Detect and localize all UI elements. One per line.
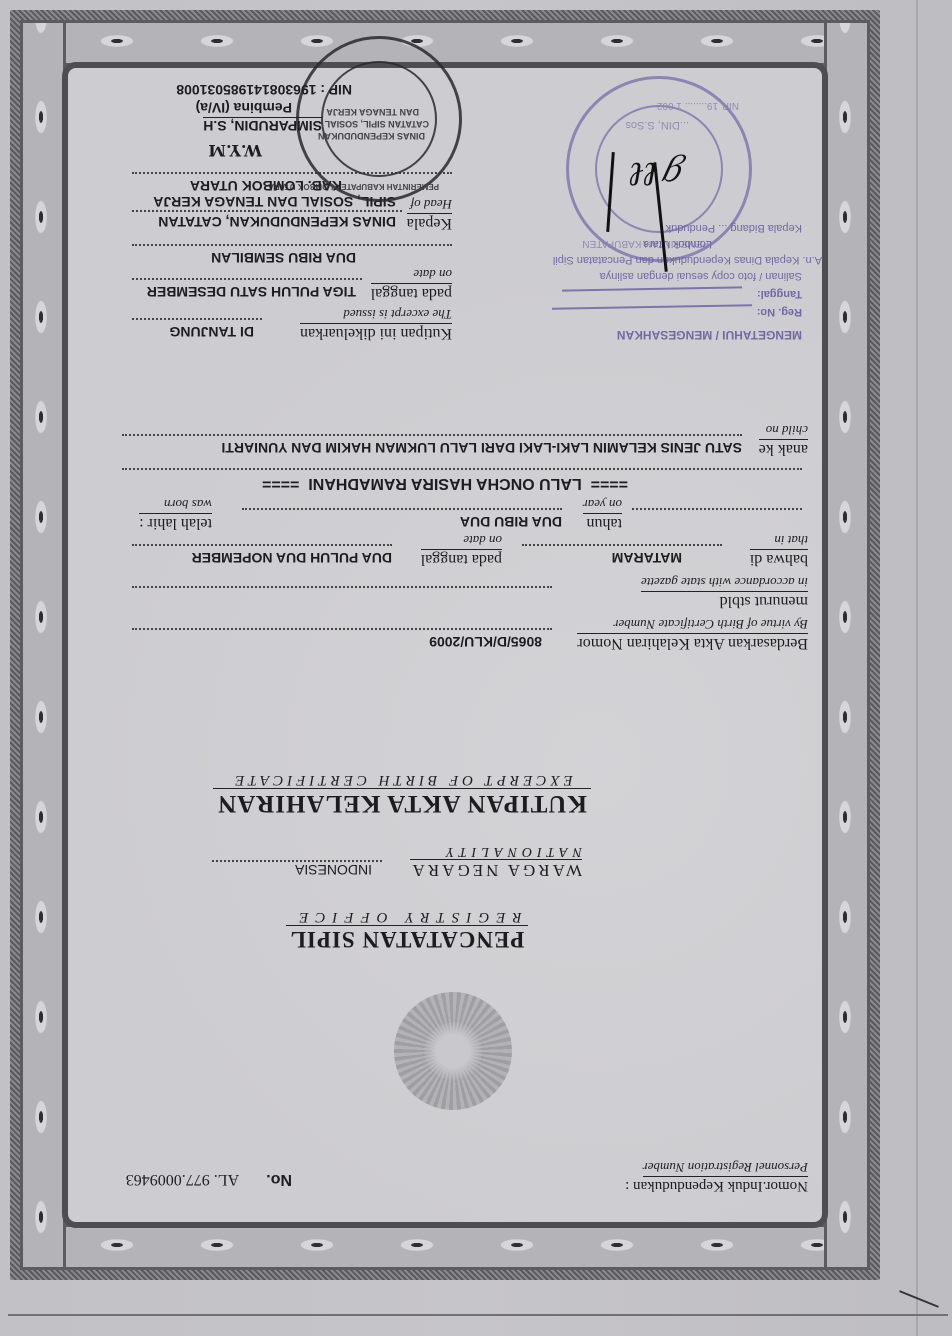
- title-id: KUTIPAN AKTA KELAHIRAN: [213, 788, 591, 817]
- border-band-top: [20, 1224, 870, 1270]
- label-id: pada tanggal: [371, 285, 452, 302]
- dotted-line: [132, 318, 262, 320]
- head-of-label: Kepala Head of: [407, 195, 452, 232]
- birth-year-label: tahun on year: [583, 495, 622, 532]
- label-id: tahun: [586, 515, 622, 532]
- dotted-line: [122, 434, 742, 436]
- label-en: on date: [421, 531, 502, 550]
- dotted-line: [132, 210, 402, 212]
- embossed-seal: [394, 992, 512, 1110]
- issued-date-value-1: TIGA PULUH SATU DESEMBER: [147, 284, 356, 300]
- label-en: that in: [750, 531, 808, 550]
- stamp-line-2: CATATAN SIPIL, SOSIAL: [325, 119, 429, 129]
- stamp-line-1: DINAS KEPENDUDUKAN: [318, 131, 425, 141]
- label-id: Kutipan ini dikeluarkan: [300, 325, 452, 342]
- certificate-content: Nomor.Induk Kependudukan : Personnel Reg…: [68, 68, 822, 1222]
- no-label: No.: [266, 1171, 292, 1188]
- birth-place-label: bahwa di that in: [750, 531, 808, 568]
- label-id: pada tanggal: [421, 551, 502, 568]
- registration-number: No. AL. 977.0009463: [126, 1170, 292, 1188]
- separator: :: [625, 1178, 629, 1194]
- dotted-line: [212, 860, 382, 862]
- label-id: bahwa di: [750, 551, 808, 568]
- nationality-row: WARGA NEGARA NATIONALITY INDONESIA: [410, 843, 582, 880]
- nationality-value: INDONESIA: [295, 862, 372, 878]
- label-en: on year: [583, 495, 622, 514]
- paper-fold-line: [916, 0, 918, 1336]
- legalization-signer: ...DIN, S.Sos: [625, 119, 689, 131]
- stamp-outer-text: PEMERINTAH KABUPATEN LOMBOK UTARA: [268, 182, 439, 191]
- issued-place-label: Kutipan ini dikeluarkan The excerpt is i…: [300, 305, 452, 342]
- label-id: Berdasarkan Akta Kelahiran Nomor: [577, 635, 808, 652]
- document-title: KUTIPAN AKTA KELAHIRAN EXCERPT OF BIRTH …: [172, 771, 632, 817]
- legalization-reg-line: [552, 304, 752, 309]
- separator: :: [139, 515, 143, 532]
- paper-edge-line: [8, 1314, 948, 1316]
- office-line-1: DINAS KEPENDUDUKAN, CATATAN: [158, 214, 396, 230]
- birth-certificate: Nomor.Induk Kependudukan : Personnel Reg…: [10, 10, 880, 1280]
- label-id: Kepala: [407, 215, 452, 232]
- birth-date-label: pada tanggal on date: [421, 531, 502, 568]
- dotted-line: [122, 468, 802, 470]
- certificate-number-label: Berdasarkan Akta Kelahiran Nomor By virt…: [577, 615, 808, 652]
- child-order-value: SATU JENIS KELAMIN LAKI-LAKI DARI LALU L…: [221, 440, 742, 456]
- dotted-line: [132, 586, 552, 588]
- dotted-line: [132, 628, 552, 630]
- handwritten-signature: ℊℓℓ: [630, 153, 692, 202]
- signatory-name: SIMPARUDIN, S.H: [203, 117, 322, 134]
- office-subtitle: REGISTRY OFFICE: [192, 908, 622, 925]
- child-name: LALU ONCHA HASIRA RAMADHANI: [308, 475, 581, 492]
- registration-label: Nomor.Induk Kependudukan : Personnel Reg…: [625, 1158, 808, 1194]
- dotted-line: [522, 544, 722, 546]
- child-name-row: ==== LALU ONCHA HASIRA RAMADHANI ====: [68, 474, 822, 492]
- certificate-number-value: 8065/D/KLU/2009: [429, 634, 542, 650]
- border-band-right: [20, 20, 66, 1270]
- label-en: The excerpt is issued: [300, 305, 452, 324]
- legalization-reg-no: Reg. No:: [757, 306, 802, 318]
- label-en: Head of: [407, 195, 452, 214]
- issued-date-value-2: DUA RIBU SEMBILAN: [211, 250, 356, 266]
- title-en: EXCERPT OF BIRTH CERTIFICATE: [172, 771, 632, 788]
- legalization-nip: NIP. 19........ 1 002: [657, 100, 739, 111]
- label-id: anak ke: [759, 441, 808, 458]
- label-en: child no: [759, 421, 808, 440]
- legalization-date-line: [562, 286, 742, 291]
- label-en: in accordance with state gazette: [641, 573, 808, 592]
- label-en: was born: [139, 495, 212, 514]
- label-id: menurut stbld: [720, 593, 808, 610]
- legalization-date: Tanggal:: [757, 288, 802, 300]
- registration-number-value: AL. 977.0009463: [126, 1171, 239, 1188]
- border-band-left: [824, 20, 870, 1270]
- legalization-stamp-outer: PEMERINTAH KABUPATEN: [582, 238, 709, 249]
- birth-year-value: DUA RIBU DUA: [460, 514, 562, 530]
- label-en: By virtue of Birth Certificate Number: [577, 615, 808, 634]
- registration-label-en: Personnel Registration Number: [643, 1159, 808, 1177]
- registration-label-id: Nomor.Induk Kependudukan: [633, 1178, 808, 1194]
- issued-date-label: pada tanggal on date: [371, 265, 452, 302]
- birth-date-value: DUA PULUH DUA NOPEMBER: [192, 550, 392, 566]
- signatory-initials: W.Y.M: [208, 141, 262, 160]
- dotted-line: [242, 508, 562, 510]
- border-band-bottom: [20, 20, 870, 66]
- dotted-line: [132, 244, 452, 246]
- name-decoration: ====: [262, 475, 299, 492]
- signatory-rank: Pembina (IV/a): [196, 100, 292, 116]
- nationality-label-en: NATIONALITY: [410, 843, 582, 859]
- label-en: on date: [371, 265, 452, 284]
- dotted-line: [132, 278, 362, 280]
- label-id: telah lahir: [148, 515, 212, 532]
- signatory-nip: NIP : 196308141985031008: [176, 82, 352, 98]
- office-title: PENCATATAN SIPIL: [286, 925, 529, 952]
- issued-place-value: DI TANJUNG: [169, 324, 254, 340]
- dotted-line: [132, 544, 392, 546]
- birth-place-value: MATARAM: [612, 550, 682, 566]
- legalization-title: MENGETAHUI / MENGESAHKAN: [617, 328, 802, 342]
- legalization-note: Salinan / foto copy sesuai dengan asliny…: [600, 270, 802, 282]
- office-heading: PENCATATAN SIPIL REGISTRY OFFICE: [192, 908, 622, 952]
- stamp-line-3: DAN TENAGA KERJA: [326, 107, 419, 117]
- gazette-label: menurut stbld in accordance with state g…: [641, 573, 808, 610]
- nationality-label: WARGA NEGARA: [410, 859, 582, 880]
- child-order-label: anak ke child no: [759, 421, 808, 458]
- dotted-line: [632, 508, 802, 510]
- name-decoration: ====: [591, 475, 628, 492]
- born-label: telah lahir : was born: [139, 495, 212, 532]
